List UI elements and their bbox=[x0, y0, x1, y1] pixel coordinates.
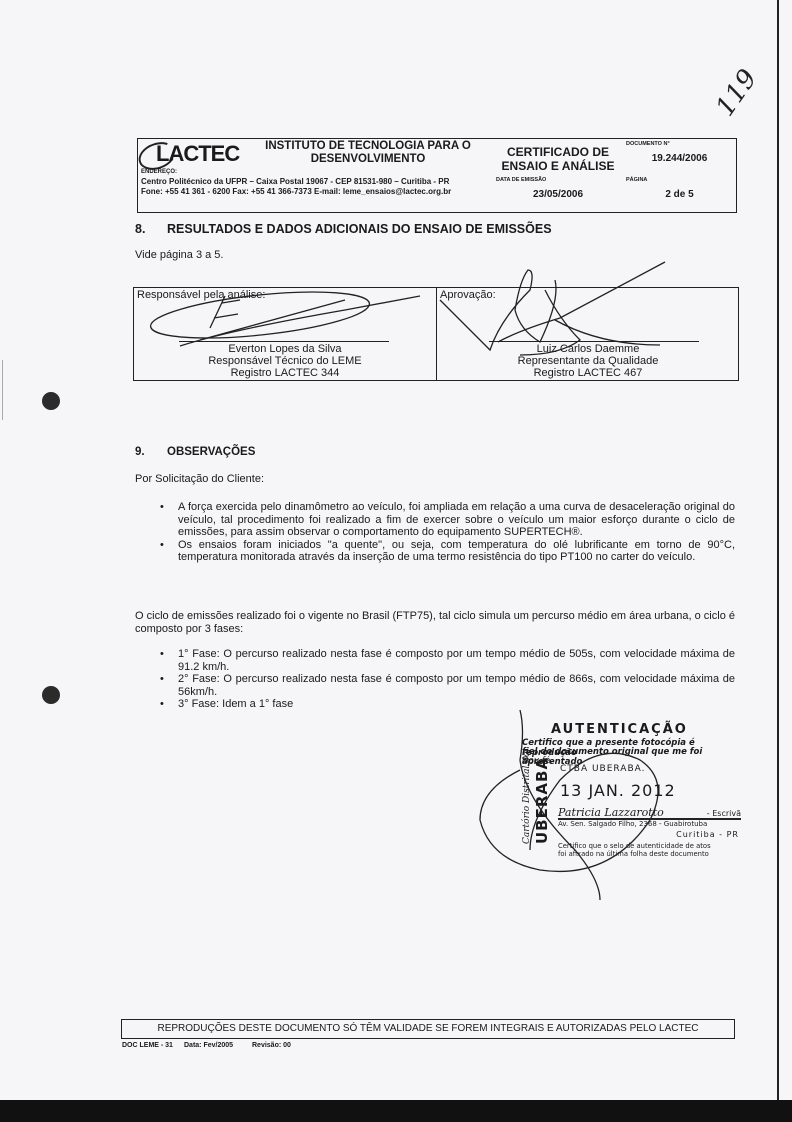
analyst-registry: Registro LACTEC 344 bbox=[134, 367, 436, 379]
section-number: 9. bbox=[135, 446, 167, 458]
approver-role: Representante da Qualidade bbox=[437, 355, 739, 367]
section-number: 8. bbox=[135, 222, 167, 236]
page-edge-mark bbox=[2, 360, 3, 420]
section-title: RESULTADOS E DADOS ADICIONAIS DO ENSAIO … bbox=[167, 222, 552, 236]
authentication-stamp: AUTENTICAÇÃO Certifico que a presente fo… bbox=[516, 722, 741, 882]
stamp-notary-name: Patricia Lazzarotto bbox=[558, 806, 664, 819]
page-edge-line bbox=[777, 0, 779, 1100]
stamp-cert-line-2: foi afixado na última folha deste docume… bbox=[558, 850, 709, 858]
cycle-description: O ciclo de emissões realizado foi o vige… bbox=[135, 610, 735, 636]
stamp-office: Cartório Distrital do bbox=[522, 752, 532, 844]
section-9-heading: 9.OBSERVAÇÕES bbox=[135, 446, 255, 458]
analyst-name: Everton Lopes da Silva bbox=[134, 343, 436, 355]
document-number-label: DOCUMENTO N° bbox=[623, 139, 736, 149]
certificate-line-2: ENSAIO E ANÁLISE bbox=[493, 159, 623, 173]
observations-list: A força exercida pelo dinamômetro ao veí… bbox=[160, 501, 735, 564]
approver-name: Luiz Carlos Daemme bbox=[437, 343, 739, 355]
stamp-date: 13 JAN. 2012 bbox=[560, 781, 676, 800]
signature-analyst: Responsável pela análise: Everton Lopes … bbox=[134, 288, 436, 380]
footer-notice: REPRODUÇÕES DESTE DOCUMENTO SÓ TÊM VALID… bbox=[121, 1019, 735, 1039]
address-label: ENDEREÇO: bbox=[141, 167, 490, 177]
institute-line-2: DESENVOLVIMENTO bbox=[243, 153, 493, 166]
footer-date: Data: Fev/2005 bbox=[184, 1042, 233, 1049]
address-line-2: Fone: +55 41 361 - 6200 Fax: +55 41 366-… bbox=[141, 187, 490, 197]
document-number: 19.244/2006 bbox=[623, 153, 736, 164]
list-item: 1° Fase: O percurso realizado nesta fase… bbox=[160, 648, 735, 673]
list-item: A força exercida pelo dinamômetro ao veí… bbox=[160, 501, 735, 539]
scanned-page: 119 LACTEC INSTITUTO DE TECNOLOGIA PARA … bbox=[0, 0, 792, 1100]
analyst-label: Responsável pela análise: bbox=[137, 289, 265, 301]
institute-name: INSTITUTO DE TECNOLOGIA PARA O DESENVOLV… bbox=[243, 139, 493, 167]
stamp-vertical-text: Cartório Distrital do UBERABA bbox=[514, 752, 551, 844]
phases-list: 1° Fase: O percurso realizado nesta fase… bbox=[160, 648, 735, 711]
certificate-title: CERTIFICADO DE ENSAIO E ANÁLISE bbox=[493, 139, 623, 175]
section-9-intro: Por Solicitação do Cliente: bbox=[135, 473, 264, 486]
page-label: PÁGINA bbox=[623, 175, 736, 185]
list-item: 2° Fase: O percurso realizado nesta fase… bbox=[160, 673, 735, 698]
footer-doc-code: DOC LEME - 31 bbox=[122, 1042, 173, 1049]
analyst-role: Responsável Técnico do LEME bbox=[134, 355, 436, 367]
list-item: Os ensaios foram iniciados "a quente", o… bbox=[160, 539, 735, 564]
logo-text: LACTEC bbox=[156, 141, 239, 166]
signature-line bbox=[489, 341, 699, 342]
approver-label: Aprovação: bbox=[440, 289, 496, 301]
logo-cell: LACTEC bbox=[138, 139, 243, 166]
stamp-title: AUTENTICAÇÃO bbox=[551, 722, 688, 737]
signature-approver: Aprovação: Luiz Carlos Daemme Representa… bbox=[436, 288, 739, 380]
section-8-text: Vide página 3 a 5. bbox=[135, 249, 223, 262]
stamp-address: Av. Sen. Salgado Filho, 2368 - Guabirotu… bbox=[558, 820, 741, 828]
footer-revision: Revisão: 00 bbox=[252, 1042, 291, 1049]
signature-line bbox=[179, 341, 389, 342]
approver-registry: Registro LACTEC 467 bbox=[437, 367, 739, 379]
issue-date-cell: DATA DE EMISSÃO 23/05/2006 bbox=[493, 175, 623, 212]
certificate-line-1: CERTIFICADO DE bbox=[493, 145, 623, 159]
document-header: LACTEC INSTITUTO DE TECNOLOGIA PARA O DE… bbox=[137, 138, 737, 213]
page-cell: PÁGINA 2 de 5 bbox=[623, 175, 736, 212]
issue-date-label: DATA DE EMISSÃO bbox=[493, 175, 623, 185]
section-title: OBSERVAÇÕES bbox=[167, 446, 255, 458]
lactec-logo: LACTEC bbox=[142, 141, 225, 167]
stamp-notary-role: - Escrivã bbox=[707, 809, 741, 818]
list-item: 3° Fase: Idem a 1° fase bbox=[160, 698, 735, 711]
stamp-office-name: UBERABA bbox=[533, 752, 551, 844]
institute-line-1: INSTITUTO DE TECNOLOGIA PARA O bbox=[243, 140, 493, 153]
signature-table: Responsável pela análise: Everton Lopes … bbox=[133, 287, 739, 381]
stamp-city: CTBA UBERABA. bbox=[560, 764, 646, 774]
section-8-heading: 8.RESULTADOS E DADOS ADICIONAIS DO ENSAI… bbox=[135, 222, 552, 236]
issue-date: 23/05/2006 bbox=[493, 189, 623, 200]
punch-hole-icon bbox=[42, 686, 60, 704]
punch-hole-icon bbox=[42, 392, 60, 410]
stamp-cert-line-1: Certifico que o selo de autenticidade de… bbox=[558, 842, 711, 850]
stamp-city-state: Curitiba - PR bbox=[676, 830, 739, 839]
handwritten-page-number: 119 bbox=[710, 64, 763, 122]
page-value: 2 de 5 bbox=[623, 189, 736, 200]
address-block: ENDEREÇO: Centro Politécnico da UFPR – C… bbox=[138, 166, 493, 212]
document-number-cell: DOCUMENTO N° 19.244/2006 bbox=[623, 139, 736, 175]
address-line-1: Centro Politécnico da UFPR – Caixa Posta… bbox=[141, 177, 490, 187]
